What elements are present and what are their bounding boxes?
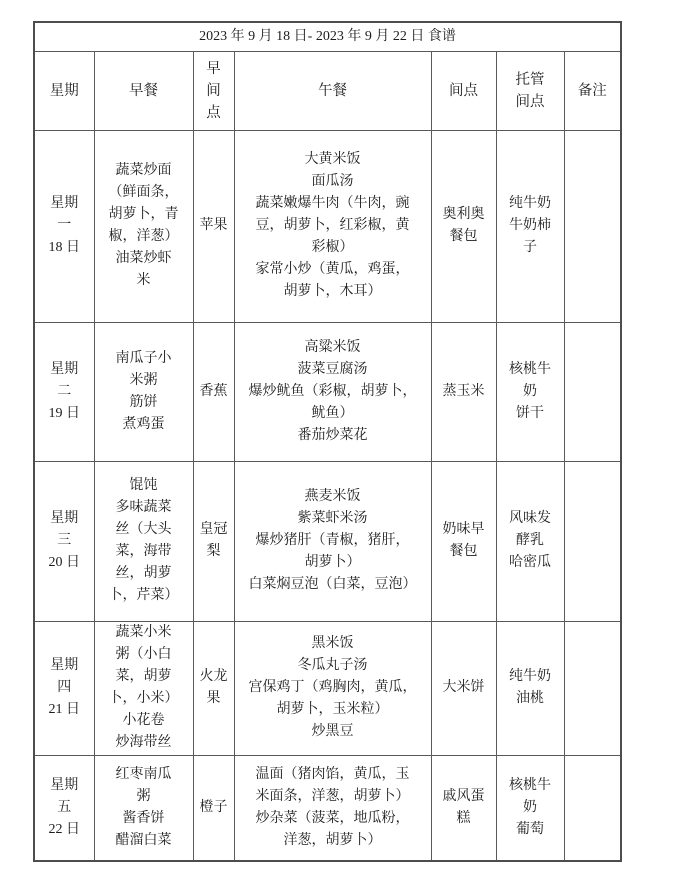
- remark-cell: [564, 322, 621, 461]
- menu-row-tuesday: 星期 二 19 日 南瓜子小 米粥 筋饼 煮鸡蛋 香蕉 高粱米饭 菠菜豆腐汤 爆…: [34, 322, 621, 461]
- breakfast-cell: 馄饨 多味蔬菜 丝（大头 菜，海带 丝，胡萝 卜，芹菜）: [94, 461, 193, 621]
- snack-cell: 蒸玉米: [431, 322, 496, 461]
- morning-snack-cell: 橙子: [193, 755, 234, 861]
- menu-row-friday: 星期 五 22 日 红枣南瓜 粥 酱香饼 醋溜白菜 橙子 温面（猪肉馅，黄瓜，玉…: [34, 755, 621, 861]
- day-cell: 星期 三 20 日: [34, 461, 94, 621]
- morning-snack-cell: 皇冠 梨: [193, 461, 234, 621]
- lunch-cell: 燕麦米饭 紫菜虾米汤 爆炒猪肝（青椒，猪肝， 胡萝卜） 白菜焖豆泡（白菜，豆泡）: [234, 461, 431, 621]
- col-header-breakfast: 早餐: [94, 51, 193, 130]
- lunch-cell: 黑米饭 冬瓜丸子汤 宫保鸡丁（鸡胸肉，黄瓜， 胡萝卜，玉米粒） 炒黑豆: [234, 621, 431, 755]
- care-snack-cell: 纯牛奶 油桃: [496, 621, 564, 755]
- remark-cell: [564, 130, 621, 322]
- day-cell: 星期 一 18 日: [34, 130, 94, 322]
- lunch-cell: 温面（猪肉馅，黄瓜，玉 米面条，洋葱，胡萝卜） 炒杂菜（菠菜，地瓜粉， 洋葱，胡…: [234, 755, 431, 861]
- lunch-cell: 高粱米饭 菠菜豆腐汤 爆炒鱿鱼（彩椒，胡萝卜， 鱿鱼） 番茄炒菜花: [234, 322, 431, 461]
- col-header-snack: 间点: [431, 51, 496, 130]
- breakfast-cell: 蔬菜小米 粥（小白 菜，胡萝 卜，小米） 小花卷 炒海带丝: [94, 621, 193, 755]
- col-header-remark: 备注: [564, 51, 621, 130]
- snack-cell: 奶味早 餐包: [431, 461, 496, 621]
- remark-cell: [564, 621, 621, 755]
- menu-title: 2023 年 9 月 18 日- 2023 年 9 月 22 日 食谱: [34, 22, 621, 51]
- weekly-menu-table: 2023 年 9 月 18 日- 2023 年 9 月 22 日 食谱 星期 早…: [33, 21, 622, 862]
- menu-row-monday: 星期 一 18 日 蔬菜炒面 （鲜面条， 胡萝卜，青 椒，洋葱） 油菜炒虾 米 …: [34, 130, 621, 322]
- breakfast-cell: 蔬菜炒面 （鲜面条， 胡萝卜，青 椒，洋葱） 油菜炒虾 米: [94, 130, 193, 322]
- title-row: 2023 年 9 月 18 日- 2023 年 9 月 22 日 食谱: [34, 22, 621, 51]
- morning-snack-cell: 苹果: [193, 130, 234, 322]
- menu-row-thursday: 星期 四 21 日 蔬菜小米 粥（小白 菜，胡萝 卜，小米） 小花卷 炒海带丝 …: [34, 621, 621, 755]
- day-cell: 星期 四 21 日: [34, 621, 94, 755]
- care-snack-cell: 风味发 酵乳 哈密瓜: [496, 461, 564, 621]
- remark-cell: [564, 461, 621, 621]
- col-header-care-snack: 托管 间点: [496, 51, 564, 130]
- col-header-day: 星期: [34, 51, 94, 130]
- header-row: 星期 早餐 早 间 点 午餐 间点 托管 间点 备注: [34, 51, 621, 130]
- col-header-lunch: 午餐: [234, 51, 431, 130]
- day-cell: 星期 五 22 日: [34, 755, 94, 861]
- snack-cell: 大米饼: [431, 621, 496, 755]
- breakfast-cell: 南瓜子小 米粥 筋饼 煮鸡蛋: [94, 322, 193, 461]
- remark-cell: [564, 755, 621, 861]
- care-snack-cell: 核桃牛 奶 饼干: [496, 322, 564, 461]
- lunch-cell: 大黄米饭 面瓜汤 蔬菜嫩爆牛肉（牛肉，豌 豆，胡萝卜，红彩椒，黄 彩椒） 家常小…: [234, 130, 431, 322]
- breakfast-cell: 红枣南瓜 粥 酱香饼 醋溜白菜: [94, 755, 193, 861]
- care-snack-cell: 纯牛奶 牛奶柿 子: [496, 130, 564, 322]
- snack-cell: 戚风蛋 糕: [431, 755, 496, 861]
- day-cell: 星期 二 19 日: [34, 322, 94, 461]
- morning-snack-cell: 香蕉: [193, 322, 234, 461]
- morning-snack-cell: 火龙 果: [193, 621, 234, 755]
- col-header-morning-snack: 早 间 点: [193, 51, 234, 130]
- snack-cell: 奥利奥 餐包: [431, 130, 496, 322]
- menu-row-wednesday: 星期 三 20 日 馄饨 多味蔬菜 丝（大头 菜，海带 丝，胡萝 卜，芹菜） 皇…: [34, 461, 621, 621]
- care-snack-cell: 核桃牛 奶 葡萄: [496, 755, 564, 861]
